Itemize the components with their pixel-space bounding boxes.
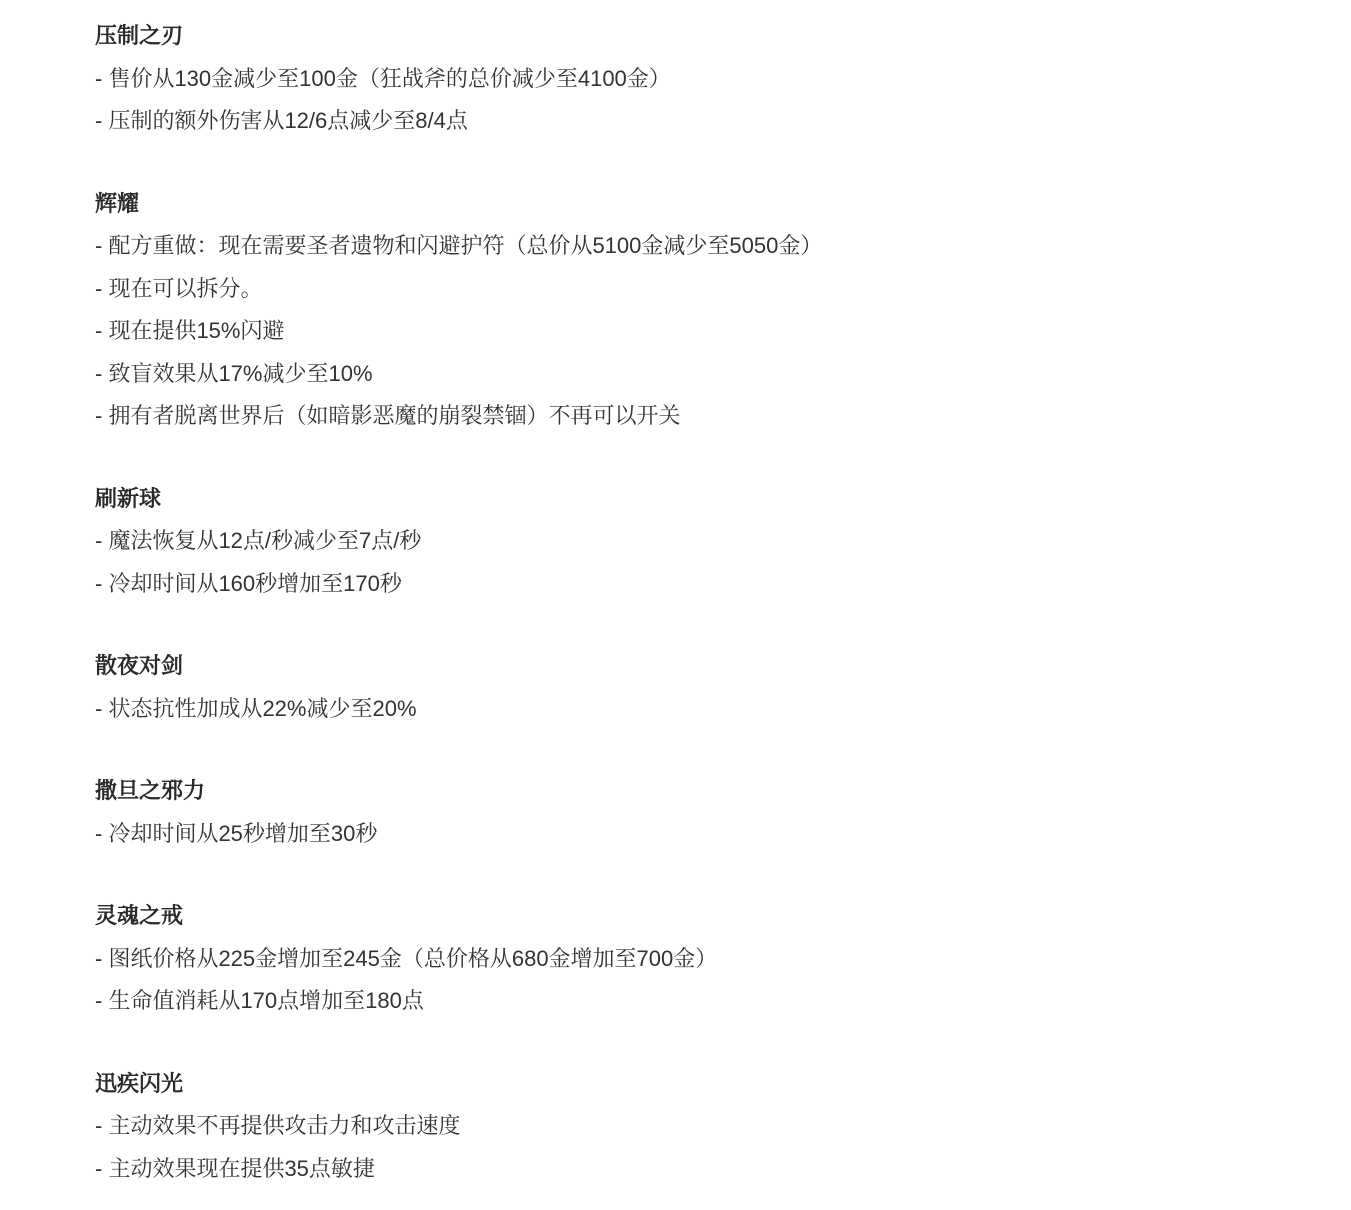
patch-notes-content: 压制之刃- 售价从130金减少至100金（狂战斧的总价减少至4100金）- 压制… <box>0 0 1351 1190</box>
change-line: - 冷却时间从160秒增加至170秒 <box>95 563 1311 606</box>
item-title: 撒旦之邪力 <box>95 770 1311 813</box>
change-line: - 冷却时间从25秒增加至30秒 <box>95 813 1311 856</box>
item-change-section: 灵魂之戒- 图纸价格从225金增加至245金（总价格从680金增加至700金）-… <box>95 895 1311 1023</box>
item-title: 散夜对剑 <box>95 645 1311 688</box>
item-title: 辉耀 <box>95 183 1311 226</box>
item-change-section: 辉耀- 配方重做：现在需要圣者遗物和闪避护符（总价从5100金减少至5050金）… <box>95 183 1311 438</box>
item-change-section: 刷新球- 魔法恢复从12点/秒减少至7点/秒- 冷却时间从160秒增加至170秒 <box>95 478 1311 606</box>
change-line: - 压制的额外伤害从12/6点减少至8/4点 <box>95 100 1311 143</box>
change-line: - 状态抗性加成从22%减少至20% <box>95 688 1311 731</box>
change-line: - 致盲效果从17%减少至10% <box>95 353 1311 396</box>
change-line: - 主动效果现在提供35点敏捷 <box>95 1148 1311 1191</box>
change-line: - 图纸价格从225金增加至245金（总价格从680金增加至700金） <box>95 938 1311 981</box>
item-title: 刷新球 <box>95 478 1311 521</box>
change-line: - 配方重做：现在需要圣者遗物和闪避护符（总价从5100金减少至5050金） <box>95 225 1311 268</box>
item-title: 迅疾闪光 <box>95 1063 1311 1106</box>
change-line: - 售价从130金减少至100金（狂战斧的总价减少至4100金） <box>95 58 1311 101</box>
change-line: - 现在提供15%闪避 <box>95 310 1311 353</box>
item-change-section: 撒旦之邪力- 冷却时间从25秒增加至30秒 <box>95 770 1311 855</box>
change-line: - 魔法恢复从12点/秒减少至7点/秒 <box>95 520 1311 563</box>
item-change-section: 散夜对剑- 状态抗性加成从22%减少至20% <box>95 645 1311 730</box>
change-line: - 拥有者脱离世界后（如暗影恶魔的崩裂禁锢）不再可以开关 <box>95 395 1311 438</box>
change-line: - 主动效果不再提供攻击力和攻击速度 <box>95 1105 1311 1148</box>
change-line: - 生命值消耗从170点增加至180点 <box>95 980 1311 1023</box>
change-line: - 现在可以拆分。 <box>95 268 1311 311</box>
item-change-section: 压制之刃- 售价从130金减少至100金（狂战斧的总价减少至4100金）- 压制… <box>95 15 1311 143</box>
item-title: 灵魂之戒 <box>95 895 1311 938</box>
patch-notes-page: 压制之刃- 售价从130金减少至100金（狂战斧的总价减少至4100金）- 压制… <box>0 0 1351 1210</box>
item-change-section: 迅疾闪光- 主动效果不再提供攻击力和攻击速度- 主动效果现在提供35点敏捷 <box>95 1063 1311 1191</box>
item-title: 压制之刃 <box>95 15 1311 58</box>
